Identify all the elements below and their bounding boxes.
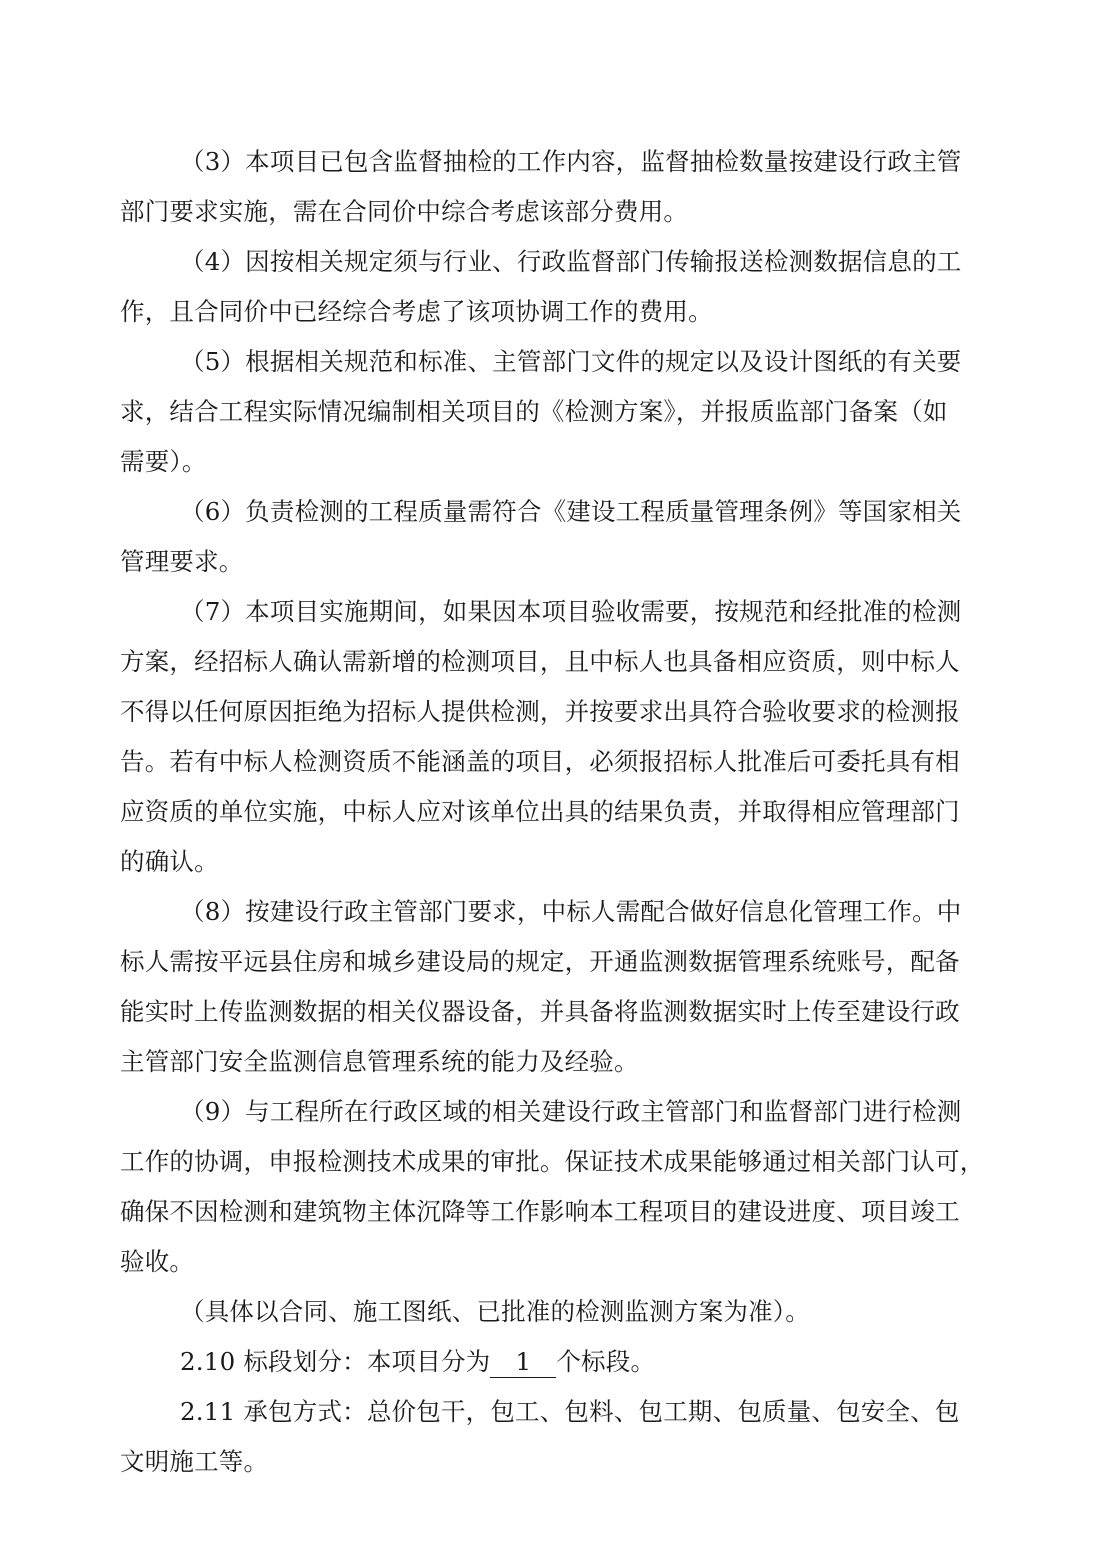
- section-2-10-prefix: 2.10 标段划分：本项目分为: [180, 1347, 490, 1376]
- section-2-11-line-2: 文明施工等。: [120, 1442, 268, 1482]
- paragraph-5-line-3: 需要）。: [120, 442, 207, 482]
- section-2-11-line-1: 2.11 承包方式：总价包干，包工、包料、包工期、包质量、包安全、包: [180, 1392, 960, 1432]
- section-2-10: 2.10 标段划分：本项目分为1个标段。: [180, 1342, 655, 1382]
- paragraph-7-line-2: 方案，经招标人确认需新增的检测项目，且中标人也具备相应资质，则中标人: [120, 642, 960, 682]
- lot-count-value: 1: [490, 1347, 556, 1378]
- scope-note: （具体以合同、施工图纸、已批准的检测监测方案为准）。: [180, 1292, 810, 1332]
- paragraph-5-line-2: 求，结合工程实际情况编制相关项目的《检测方案》，并报质监部门备案（如: [120, 392, 948, 432]
- paragraph-3-line-1: （3）本项目已包含监督抽检的工作内容，监督抽检数量按建设行政主管: [180, 142, 961, 182]
- paragraph-8-line-1: （8）按建设行政主管部门要求，中标人需配合做好信息化管理工作。中: [180, 892, 961, 932]
- paragraph-7-line-5: 应资质的单位实施，中标人应对该单位出具的结果负责，并取得相应管理部门: [120, 792, 960, 832]
- paragraph-3-line-2: 部门要求实施，需在合同价中综合考虑该部分费用。: [120, 192, 688, 232]
- paragraph-9-line-2: 工作的协调，申报检测技术成果的审批。保证技术成果能够通过相关部门认可，: [120, 1142, 985, 1182]
- paragraph-7-line-6: 的确认。: [120, 842, 219, 882]
- paragraph-7-line-3: 不得以任何原因拒绝为招标人提供检测，并按要求出具符合验收要求的检测报: [120, 692, 960, 732]
- paragraph-9-line-3: 确保不因检测和建筑物主体沉降等工作影响本工程项目的建设进度、项目竣工: [120, 1192, 960, 1232]
- paragraph-7-line-4: 告。若有中标人检测资质不能涵盖的项目，必须报招标人批准后可委托具有相: [120, 742, 960, 782]
- paragraph-4-line-1: （4）因按相关规定须与行业、行政监督部门传输报送检测数据信息的工: [180, 242, 961, 282]
- paragraph-5-line-1: （5）根据相关规范和标准、主管部门文件的规定以及设计图纸的有关要: [180, 342, 961, 382]
- paragraph-4-line-2: 作，且合同价中已经综合考虑了该项协调工作的费用。: [120, 292, 713, 332]
- paragraph-6-line-2: 管理要求。: [120, 542, 244, 582]
- paragraph-6-line-1: （6）负责检测的工程质量需符合《建设工程质量管理条例》等国家相关: [180, 492, 961, 532]
- paragraph-8-line-2: 标人需按平远县住房和城乡建设局的规定，开通监测数据管理系统账号，配备: [120, 942, 960, 982]
- paragraph-8-line-4: 主管部门安全监测信息管理系统的能力及经验。: [120, 1042, 639, 1082]
- paragraph-9-line-1: （9）与工程所在行政区域的相关建设行政主管部门和监督部门进行检测: [180, 1092, 961, 1132]
- section-2-10-suffix: 个标段。: [556, 1347, 655, 1376]
- paragraph-8-line-3: 能实时上传监测数据的相关仪器设备，并具备将监测数据实时上传至建设行政: [120, 992, 960, 1032]
- paragraph-9-line-4: 验收。: [120, 1242, 194, 1282]
- paragraph-7-line-1: （7）本项目实施期间，如果因本项目验收需要，按规范和经批准的检测: [180, 592, 961, 632]
